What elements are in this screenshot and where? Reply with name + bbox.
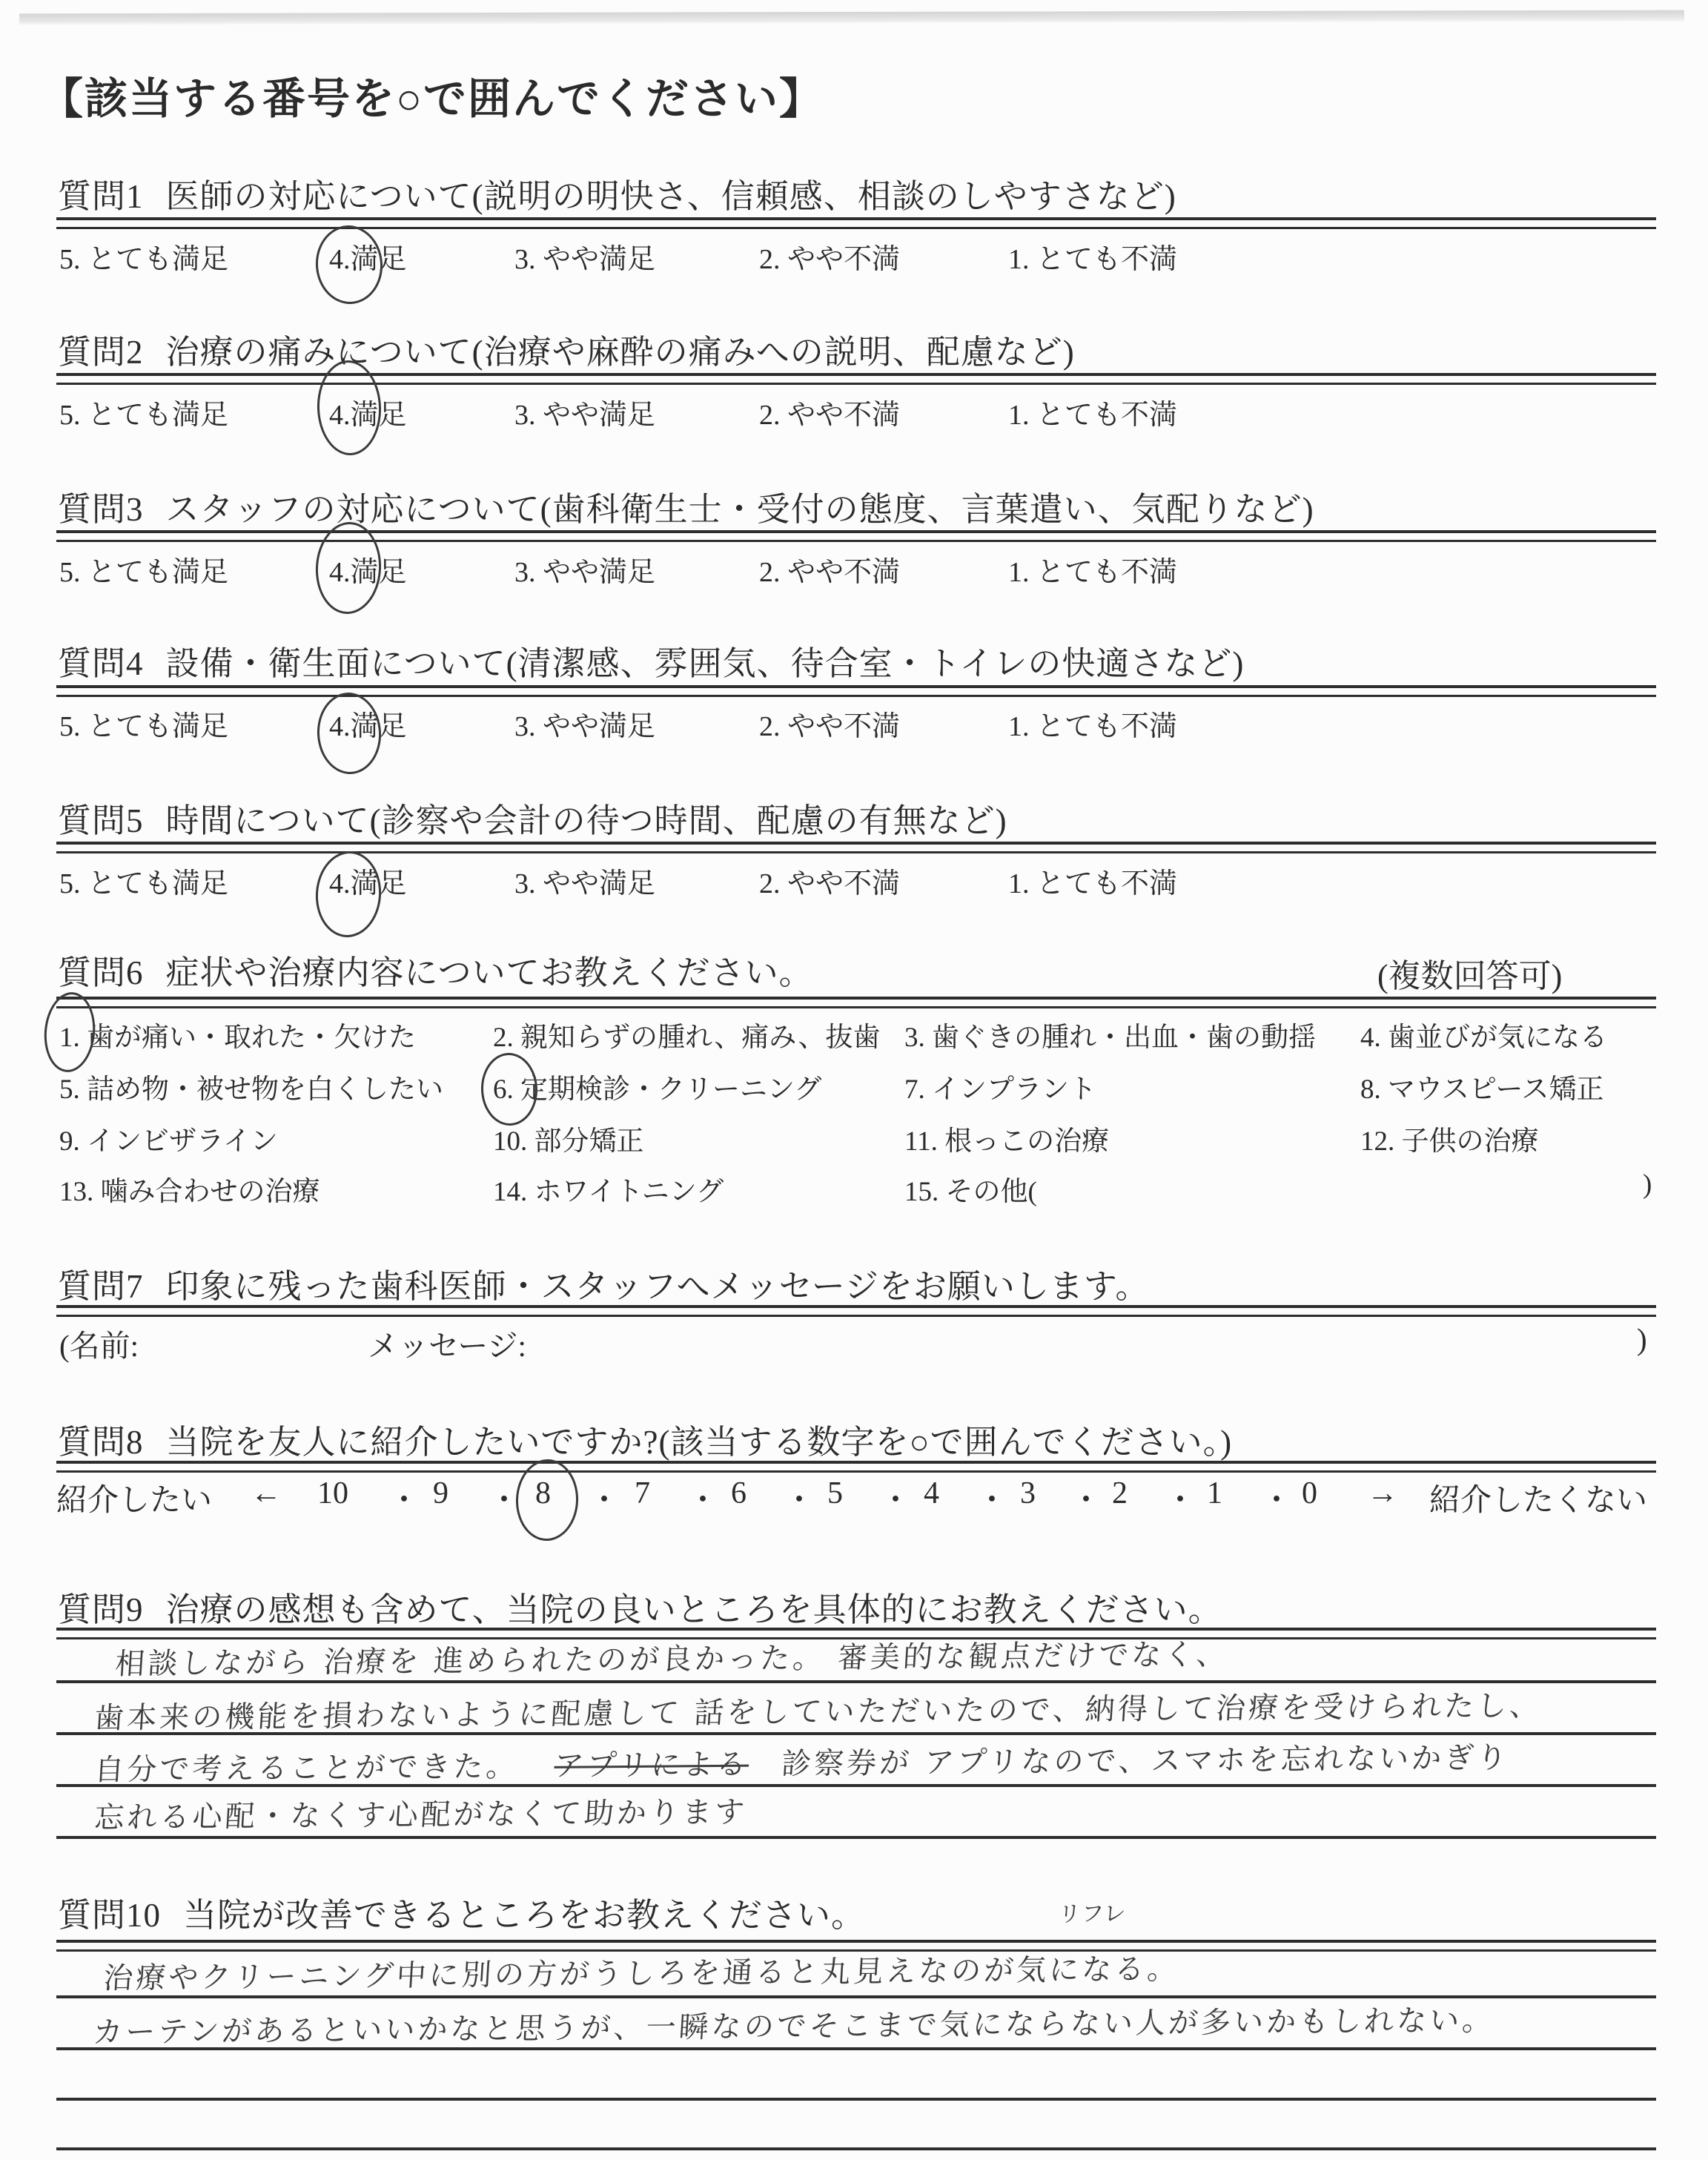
option-somewhat-dissatisfied: 2. やや不満: [759, 703, 900, 744]
dot-separator: ・: [589, 1476, 620, 1520]
option-somewhat-satisfied: 3. やや満足: [514, 860, 655, 901]
question-1-title: 医師の対応について(説明の明快さ、信頼感、相談のしやすさなど): [166, 178, 1176, 215]
q6-item-6-selected: 6. 定期検診・クリーニング: [493, 1066, 821, 1106]
option-very-satisfied: 5. とても満足: [59, 549, 228, 589]
nps-4: 4: [924, 1476, 939, 1511]
question-10-header: 質問10当院が改善できるところをお教えください。: [58, 1888, 865, 1936]
option-very-dissatisfied: 1. とても不満: [1008, 549, 1177, 589]
nps-2: 2: [1112, 1476, 1128, 1511]
question-5-title: 時間について(診察や会計の待つ時間、配慮の有無など): [166, 802, 1007, 839]
option-somewhat-satisfied: 3. やや満足: [514, 236, 655, 277]
q9-handwritten-line-4: 忘れる心配・なくす心配がなくて助かります: [93, 1789, 749, 1837]
q6-item-5: 5. 詰め物・被せ物を白くしたい: [59, 1066, 443, 1106]
q6-item-15: 15. その他(: [904, 1169, 1037, 1209]
answer-circle: [313, 849, 384, 939]
nps-0: 0: [1302, 1476, 1317, 1511]
option-very-dissatisfied: 1. とても不満: [1008, 236, 1177, 277]
nps-10: 10: [317, 1476, 348, 1511]
q6-item-1-selected: 1. 歯が痛い・取れた・欠けた: [59, 1014, 416, 1054]
question-4-number: 質問4: [58, 645, 144, 682]
option-satisfied-selected: 4.満足: [329, 392, 407, 432]
answer-rule-line: [56, 2098, 1656, 2101]
nps-3: 3: [1020, 1476, 1036, 1511]
scan-artifact-band: [19, 10, 1684, 25]
question-8-title: 当院を友人に紹介したいですか?(該当する数字を○で囲んでください。): [166, 1424, 1233, 1461]
q9-handwritten-line-1: 相談しながら 治療を 進められたのが良かった。 審美的な観点だけでなく、: [114, 1631, 1231, 1682]
line-3-struck-text: アプリによる: [553, 1748, 749, 1783]
question-6-note: (複数回答可): [1377, 949, 1562, 997]
item-label: 歯が痛い・取れた・欠けた: [87, 1023, 416, 1053]
q6-item-8: 8. マウスピース矯正: [1360, 1066, 1604, 1106]
question-9-title: 治療の感想も含めて、当院の良いところを具体的にお教えください。: [166, 1591, 1222, 1628]
option-very-satisfied: 5. とても満足: [59, 860, 228, 901]
answer-rule-line: [56, 1784, 1656, 1787]
option-somewhat-dissatisfied: 2. やや不満: [759, 549, 900, 589]
answer-rule-line: [56, 2047, 1656, 2050]
dot-separator: ・: [489, 1476, 520, 1520]
q6-item-2: 2. 親知らずの腫れ、痛み、抜歯: [493, 1014, 880, 1054]
question-9-header: 質問9治療の感想も含めて、当院の良いところを具体的にお教えください。: [58, 1582, 1222, 1631]
q10-handwritten-line-1: 治療やクリーニング中に別の方がうしろを通ると丸見えなのが気になる。: [102, 1946, 1182, 1998]
dot-separator: ・: [687, 1476, 718, 1520]
question-2-underline: [56, 373, 1656, 385]
question-4-underline: [56, 685, 1656, 697]
question-7-number: 質問7: [58, 1268, 144, 1305]
question-1-number: 質問1: [58, 178, 144, 215]
option-satisfied-selected: 4.満足: [329, 703, 407, 744]
question-5-header: 質問5時間について(診察や会計の待つ時間、配慮の有無など): [58, 793, 1007, 842]
option-satisfied-selected: 4.満足: [329, 549, 407, 589]
option-very-satisfied: 5. とても満足: [59, 703, 228, 744]
question-5-options: 5. とても満足 4.満足 3. やや満足 2. やや不満 1. とても不満: [56, 860, 1656, 921]
q6-item-11: 11. 根っこの治療: [904, 1118, 1109, 1158]
q6-item-4: 4. 歯並びが気になる: [1360, 1014, 1607, 1054]
question-6-number: 質問6: [58, 954, 144, 991]
answer-circle: [313, 223, 385, 306]
question-3-options: 5. とても満足 4.満足 3. やや満足 2. やや不満 1. とても不満: [56, 549, 1656, 610]
question-3-title: スタッフの対応について(歯科衛生士・受付の態度、言葉遣い、気配りなど): [166, 491, 1314, 528]
message-field-label: メッセージ:: [368, 1321, 526, 1365]
q6-item-7: 7. インプラント: [904, 1066, 1096, 1106]
dot-separator: ・: [1165, 1476, 1196, 1520]
option-very-satisfied: 5. とても満足: [59, 392, 228, 432]
question-10-number: 質問10: [58, 1897, 161, 1934]
nps-right-label: 紹介したくない: [1429, 1476, 1647, 1520]
option-very-satisfied: 5. とても満足: [59, 236, 228, 277]
item-label: 定期検診・クリーニング: [520, 1074, 821, 1105]
option-somewhat-dissatisfied: 2. やや不満: [759, 236, 900, 277]
q6-item-14: 14. ホワイトニング: [493, 1169, 724, 1209]
dot-separator: ・: [784, 1476, 815, 1520]
q9-handwritten-line-3: 自分で考えることができた。アプリによる診察券が アプリなので、スマホを忘れないか…: [93, 1734, 1512, 1789]
q10-handwritten-line-2: カーテンがあるといいかなと思うが、一瞬なのでそこまで気にならない人が多いかもしれ…: [92, 1997, 1497, 2051]
dot-separator: ・: [976, 1476, 1007, 1520]
answer-rule-line: [56, 2147, 1656, 2150]
dot-separator: ・: [1070, 1476, 1102, 1520]
q9-handwritten-line-2: 歯本来の機能を損わないように配慮して 話をしていただいたので、納得して治療を受け…: [93, 1682, 1544, 1737]
question-7-underline: [56, 1305, 1656, 1317]
nps-7: 7: [635, 1476, 650, 1511]
answer-circle: [315, 691, 383, 776]
question-4-options: 5. とても満足 4.満足 3. やや満足 2. やや不満 1. とても不満: [56, 703, 1656, 764]
question-6-row-4: 13. 噛み合わせの治療 14. ホワイトニング 15. その他( ): [56, 1169, 1656, 1229]
option-very-dissatisfied: 1. とても不満: [1008, 703, 1177, 744]
q6-item-13: 13. 噛み合わせの治療: [59, 1169, 320, 1209]
page-title: 【該当する番号を○で囲んでください】: [40, 64, 824, 126]
option-somewhat-satisfied: 3. やや満足: [514, 392, 655, 432]
option-very-dissatisfied: 1. とても不満: [1008, 860, 1177, 901]
close-paren: ): [1637, 1321, 1647, 1357]
option-satisfied-selected: 4.満足: [329, 236, 407, 277]
question-8-underline: [56, 1461, 1656, 1473]
q6-item-12: 12. 子供の治療: [1360, 1118, 1539, 1158]
q6-other-close-paren: ): [1643, 1169, 1652, 1200]
line-3-text: 自分で考えることができた。: [93, 1749, 520, 1787]
question-9-number: 質問9: [58, 1591, 144, 1628]
name-field-label: (名前:: [59, 1321, 139, 1365]
q6-item-10: 10. 部分矯正: [493, 1118, 644, 1158]
question-3-header: 質問3スタッフの対応について(歯科衛生士・受付の態度、言葉遣い、気配りなど): [58, 482, 1314, 530]
option-somewhat-satisfied: 3. やや満足: [514, 549, 655, 589]
question-6-header: 質問6症状や治療内容についてお教えください。: [58, 945, 813, 994]
question-7-title: 印象に残った歯科医師・スタッフへメッセージをお願いします。: [166, 1268, 1150, 1305]
dot-separator: ・: [1261, 1476, 1292, 1520]
option-somewhat-dissatisfied: 2. やや不満: [759, 860, 900, 901]
nps-1: 1: [1207, 1476, 1222, 1511]
question-1-header: 質問1医師の対応について(説明の明快さ、信頼感、相談のしやすさなど): [58, 169, 1176, 217]
dot-separator: ・: [880, 1476, 911, 1520]
question-7-header: 質問7印象に残った歯科医師・スタッフへメッセージをお願いします。: [58, 1259, 1149, 1307]
question-5-number: 質問5: [58, 802, 144, 839]
question-10-title: 当院が改善できるところをお教えください。: [183, 1897, 865, 1934]
survey-scan-page: 【該当する番号を○で囲んでください】 質問1医師の対応について(説明の明快さ、信…: [0, 0, 1708, 2160]
option-somewhat-dissatisfied: 2. やや不満: [759, 392, 900, 432]
question-3-number: 質問3: [58, 491, 144, 528]
question-6-underline: [56, 997, 1656, 1008]
question-5-underline: [56, 842, 1656, 853]
question-2-options: 5. とても満足 4.満足 3. やや満足 2. やや不満 1. とても不満: [56, 392, 1656, 452]
line-3-text-continued: 診察券が アプリなので、スマホを忘れないかぎり: [781, 1741, 1511, 1782]
question-2-title: 治療の痛みについて(治療や麻酔の痛みへの説明、配慮など): [166, 334, 1075, 371]
option-satisfied-selected: 4.満足: [329, 860, 407, 901]
q6-item-3: 3. 歯ぐきの腫れ・出血・歯の動揺: [904, 1014, 1316, 1054]
option-very-dissatisfied: 1. とても不満: [1008, 392, 1177, 432]
question-4-title: 設備・衛生面について(清潔感、雰囲気、待合室・トイレの快適さなど): [166, 645, 1245, 682]
nps-6: 6: [731, 1476, 747, 1511]
right-arrow-icon: →: [1367, 1476, 1398, 1511]
question-1-underline: [56, 217, 1656, 229]
left-arrow-icon: ←: [251, 1476, 282, 1511]
q6-item-9: 9. インビザライン: [59, 1118, 278, 1158]
nps-left-label: 紹介したい: [56, 1476, 212, 1520]
question-1-options: 5. とても満足 4.満足 3. やや満足 2. やや不満 1. とても不満: [56, 236, 1656, 297]
question-4-header: 質問4設備・衛生面について(清潔感、雰囲気、待合室・トイレの快適さなど): [58, 636, 1244, 684]
dot-separator: ・: [388, 1476, 420, 1520]
nps-8-selected: 8: [535, 1476, 551, 1511]
answer-rule-line: [56, 1836, 1656, 1839]
question-3-underline: [56, 530, 1656, 542]
question-6-title: 症状や治療内容についてお教えください。: [166, 954, 813, 991]
question-8-header: 質問8当院を友人に紹介したいですか?(該当する数字を○で囲んでください。): [58, 1415, 1232, 1463]
q10-handwritten-annotation: リフレ: [1058, 1895, 1128, 1929]
nps-9: 9: [433, 1476, 448, 1511]
question-2-number: 質問2: [58, 334, 144, 371]
nps-5: 5: [827, 1476, 843, 1511]
question-8-scale: 紹介したい ← 10 ・ 9 ・ 8 ・ 7 ・ 6 ・ 5 ・ 4 ・ 3 ・…: [56, 1476, 1656, 1542]
option-somewhat-satisfied: 3. やや満足: [514, 703, 655, 744]
question-2-header: 質問2治療の痛みについて(治療や麻酔の痛みへの説明、配慮など): [58, 325, 1075, 373]
question-8-number: 質問8: [58, 1424, 144, 1461]
